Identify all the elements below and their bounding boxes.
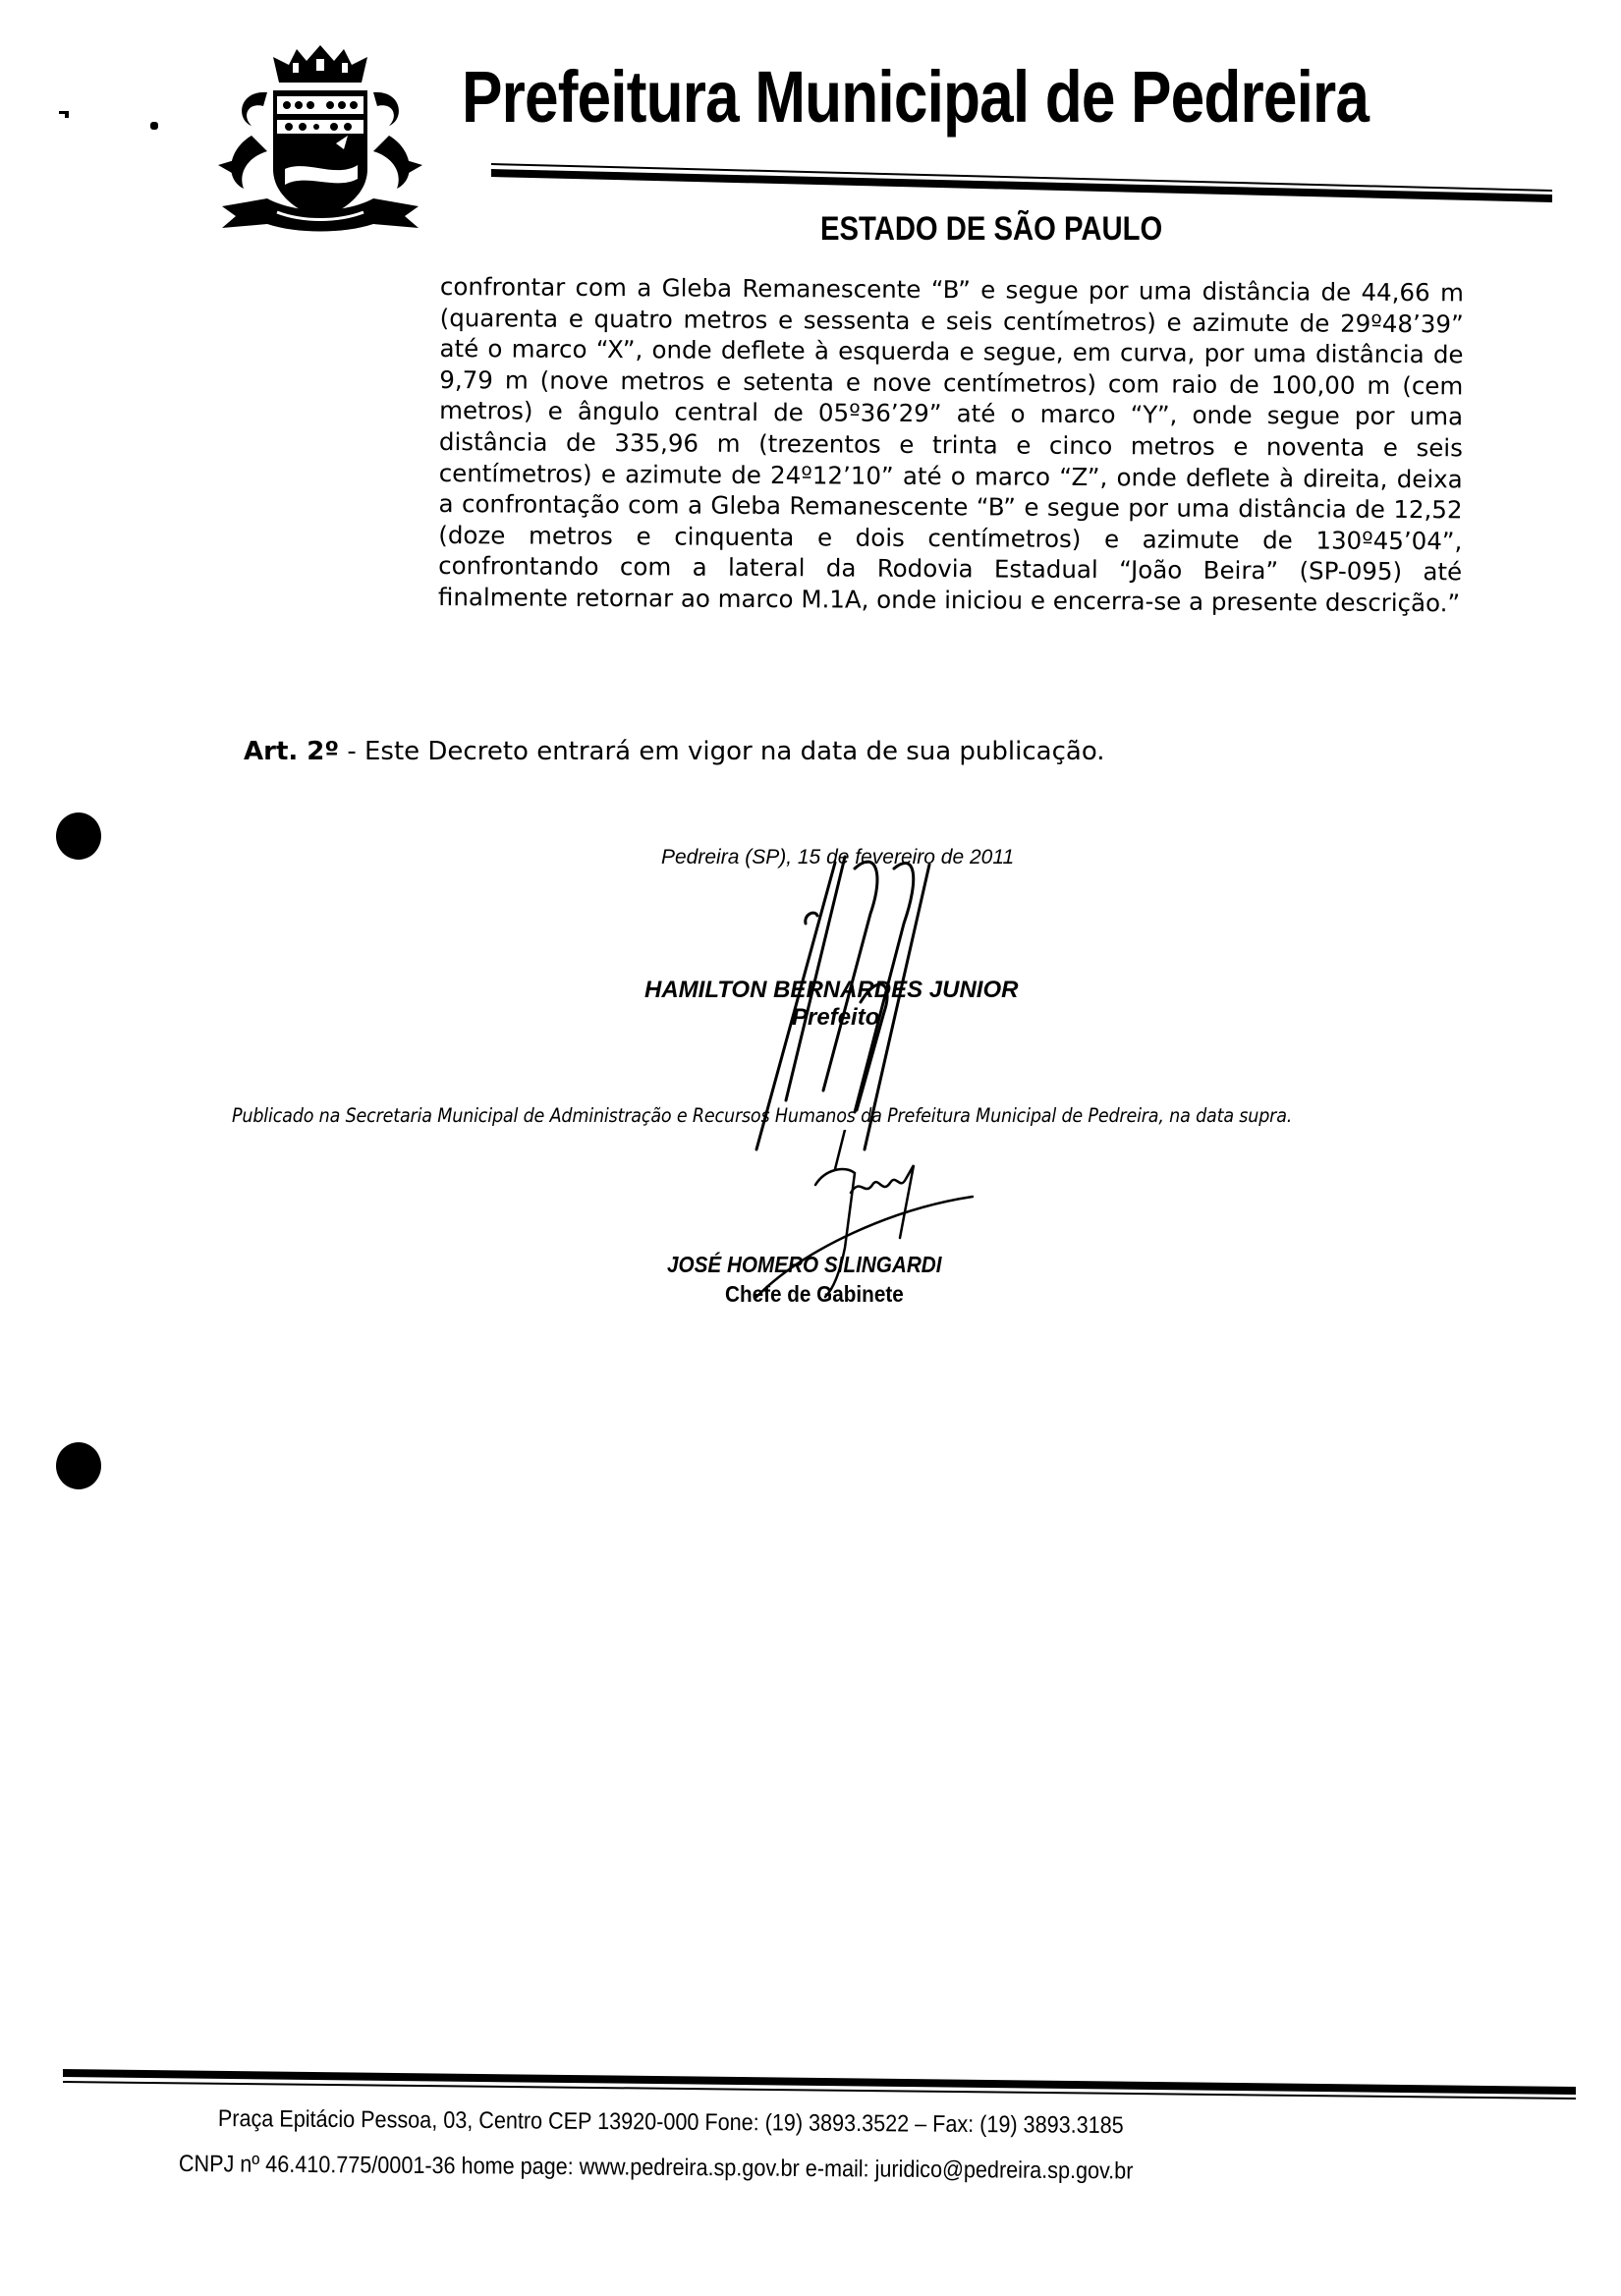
publication-note: Publicado na Secretaria Municipal de Adm… (232, 1105, 1452, 1127)
description-paragraph: confrontar com a Gleba Remanescente “B” … (438, 271, 1464, 619)
scan-mark (150, 122, 158, 130)
article-2: Art. 2º - Este Decreto entrará em vigor … (244, 739, 1105, 764)
signer2-role: Chefe de Gabinete (725, 1283, 904, 1306)
article-text: - Este Decreto entrará em vigor na data … (339, 737, 1104, 766)
punch-hole (56, 812, 101, 860)
state-subtitle: ESTADO DE SÃO PAULO (820, 212, 1162, 246)
footer-contact: CNPJ nº 46.410.775/0001-36 home page: ww… (179, 2153, 1134, 2184)
article-label: Art. 2º (244, 737, 339, 766)
footer-address: Praça Epitácio Pessoa, 03, Centro CEP 13… (218, 2107, 1124, 2138)
place-date: Pedreira (SP), 15 de fevereiro de 2011 (661, 847, 1014, 868)
page-title: Prefeitura Municipal de Pedreira (462, 61, 1369, 134)
scan-mark (65, 111, 69, 118)
footer-rule (63, 2065, 1576, 2100)
header-rule (491, 157, 1552, 206)
handwritten-signature-2 (717, 1130, 982, 1307)
signer2-name: JOSÉ HOMERO SILINGARDI (667, 1254, 941, 1276)
signer1-role: Prefeito (792, 1006, 879, 1030)
coat-of-arms-icon (208, 41, 432, 233)
coat-of-arms-logo (208, 41, 432, 233)
signer1-name: HAMILTON BERNARDES JUNIOR (644, 979, 1018, 1002)
punch-hole (56, 1442, 101, 1489)
